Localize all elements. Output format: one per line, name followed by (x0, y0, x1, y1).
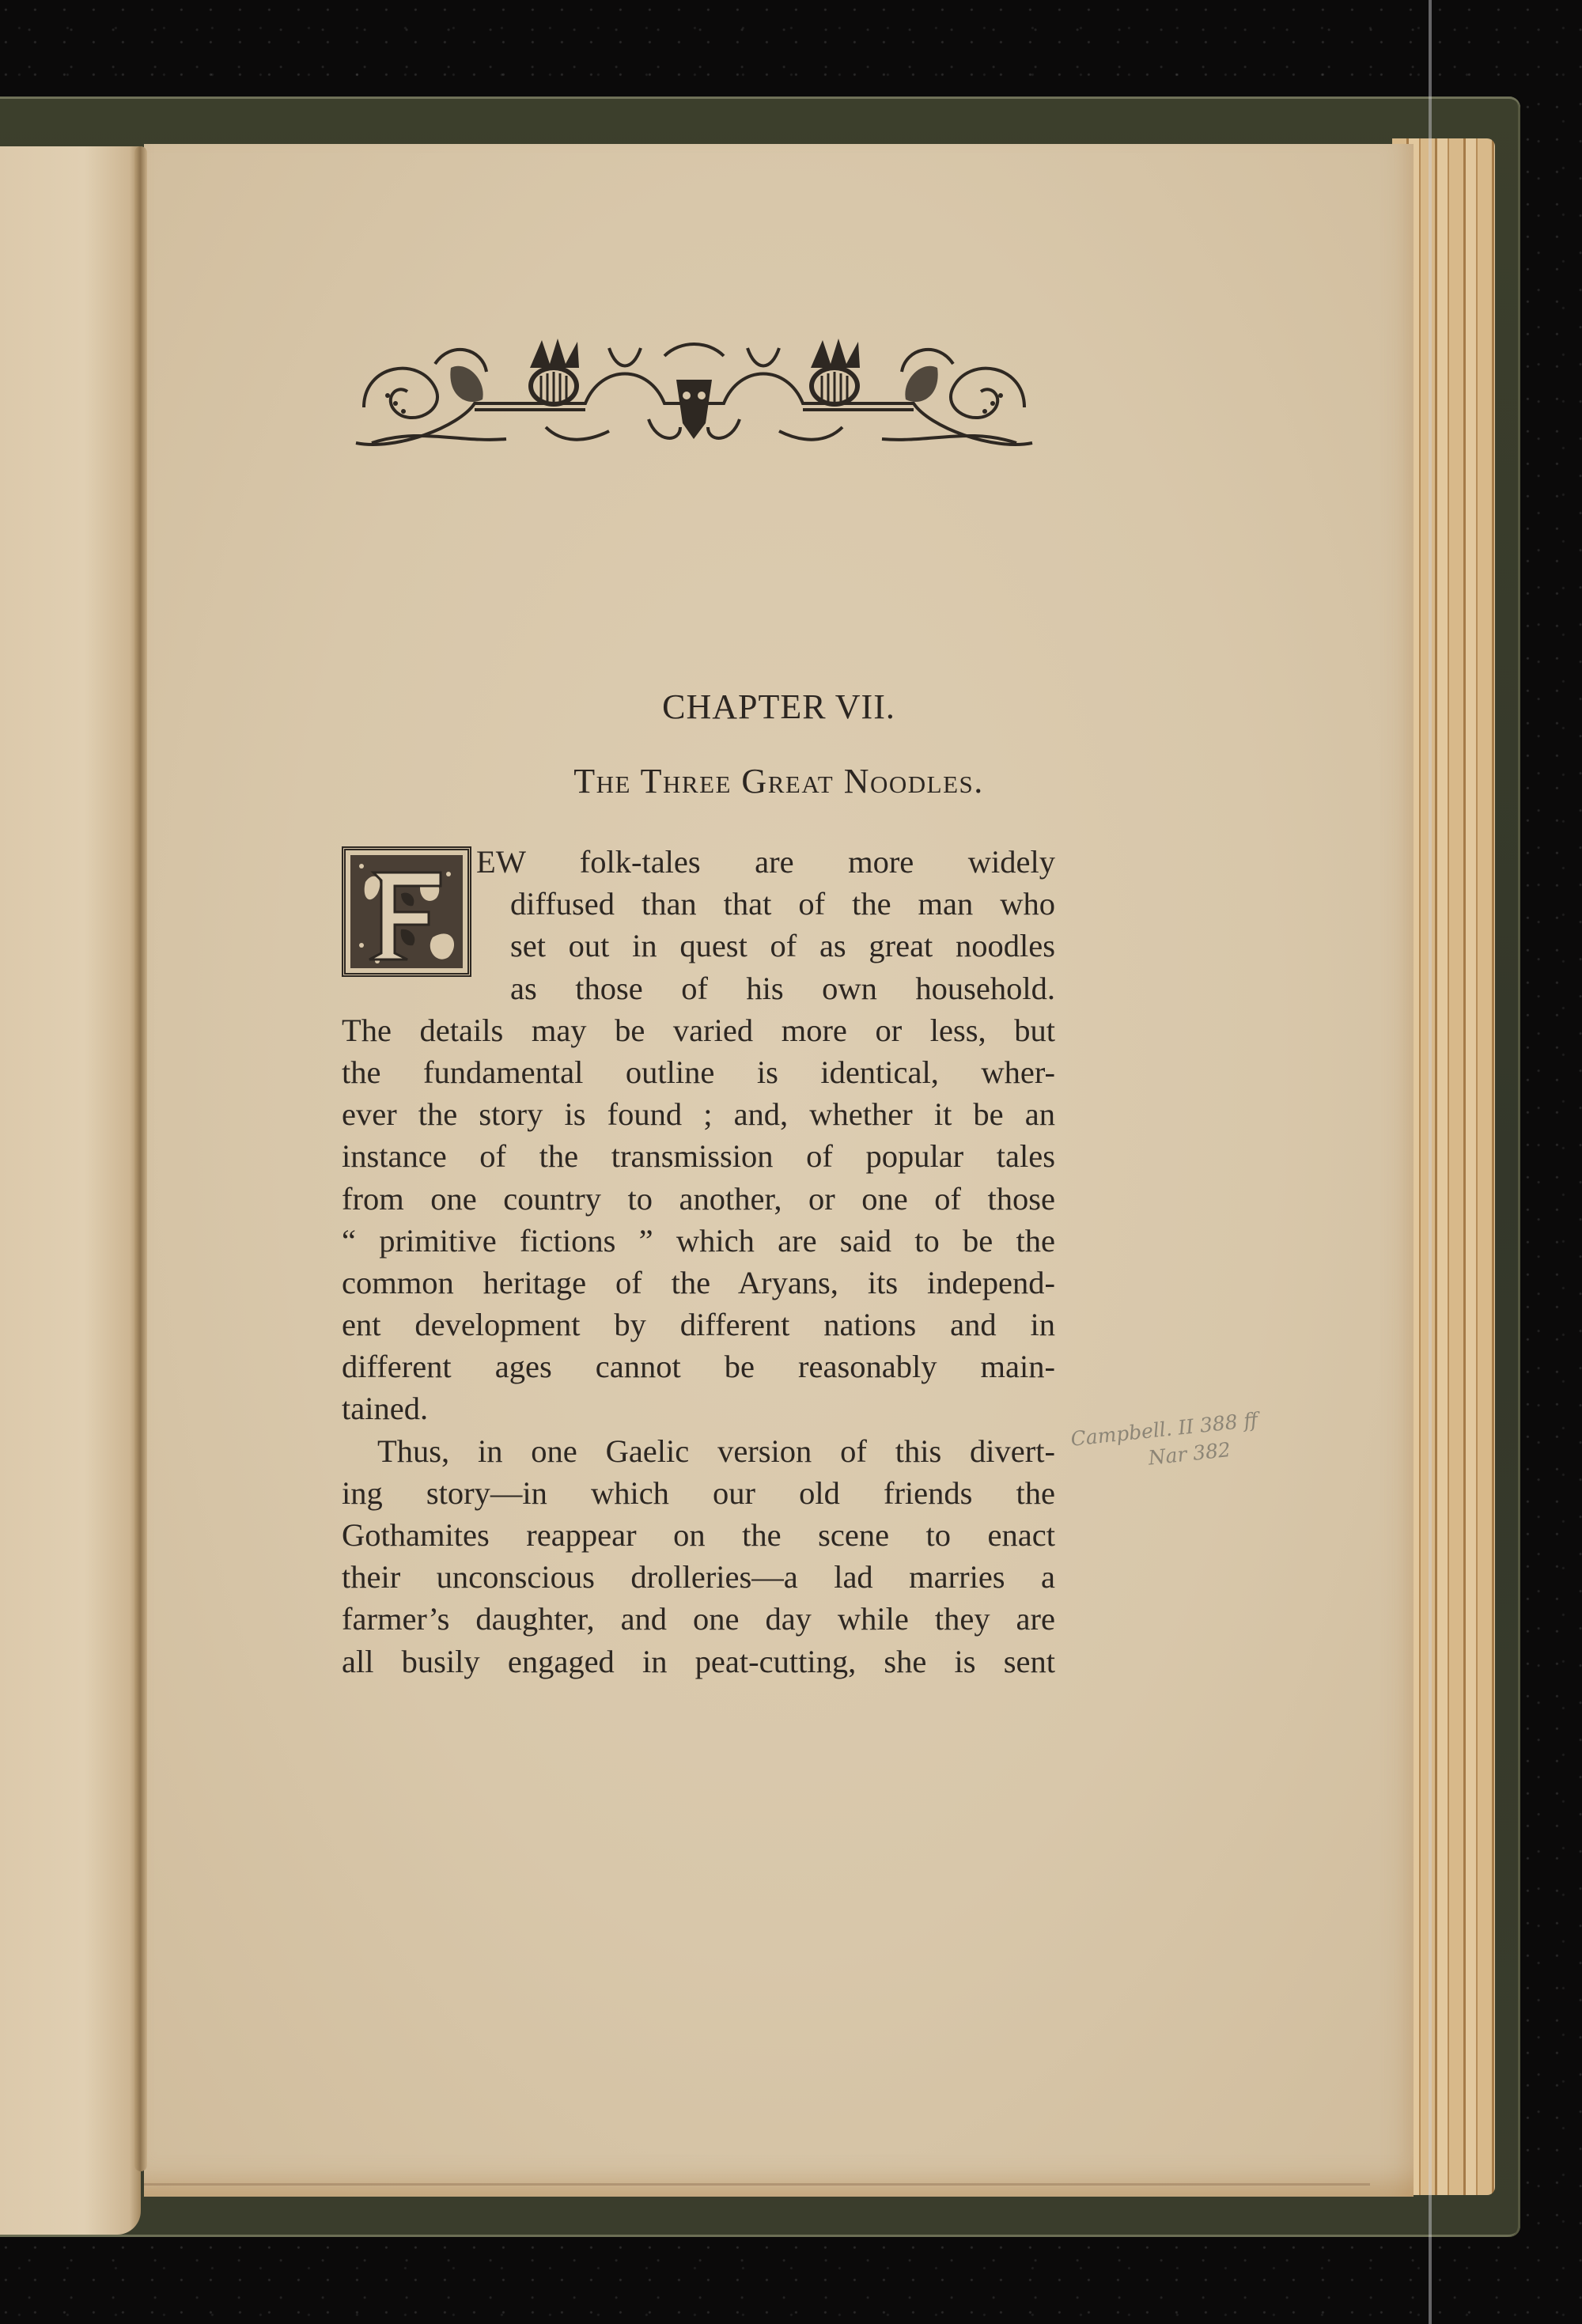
book-gutter (134, 146, 147, 2171)
chapter-heading: CHAPTER VII. (144, 687, 1414, 727)
page-holding-thread (1429, 0, 1432, 2324)
text-line: Thus, in one Gaelic version of this dive… (342, 1430, 1055, 1472)
text-line: as those of his own household. (342, 967, 1055, 1009)
text-line: the fundamental outline is identical, wh… (342, 1051, 1055, 1093)
left-page (0, 146, 141, 2235)
text-line: instance of the transmission of popular … (342, 1135, 1055, 1177)
text-line: EW folk-tales are more widely (342, 841, 1055, 883)
text-line: all busily engaged in peat-cutting, she … (342, 1641, 1055, 1682)
text-line: “ primitive fictions ” which are said to… (342, 1220, 1055, 1262)
text-line: ent development by different nations and… (342, 1304, 1055, 1346)
text-line: their unconscious drolleries—a lad marri… (342, 1556, 1055, 1598)
text-line: different ages cannot be reasonably main… (342, 1346, 1055, 1387)
text-line: tained. (342, 1387, 1055, 1429)
text-line: common heritage of the Aryans, its indep… (342, 1262, 1055, 1304)
chapter-title: The Three Great Noodles. (144, 761, 1414, 801)
text-line: farmer’s daughter, and one day while the… (342, 1598, 1055, 1640)
text-line: ing story—in which our old friends the (342, 1472, 1055, 1514)
body-text: EW folk-tales are more widely diffused t… (342, 841, 1055, 1682)
headpiece-ornament-icon (348, 332, 1040, 451)
text-line: diffused than that of the man who (342, 883, 1055, 925)
text-line: The details may be varied more or less, … (342, 1009, 1055, 1051)
text-line: set out in quest of as great noodles (342, 925, 1055, 967)
text-line: ever the story is found ; and, whether i… (342, 1093, 1055, 1135)
text-line: Gothamites reappear on the scene to enac… (342, 1514, 1055, 1556)
page-edge-line (144, 2183, 1370, 2186)
text-line: from one country to another, or one of t… (342, 1178, 1055, 1220)
